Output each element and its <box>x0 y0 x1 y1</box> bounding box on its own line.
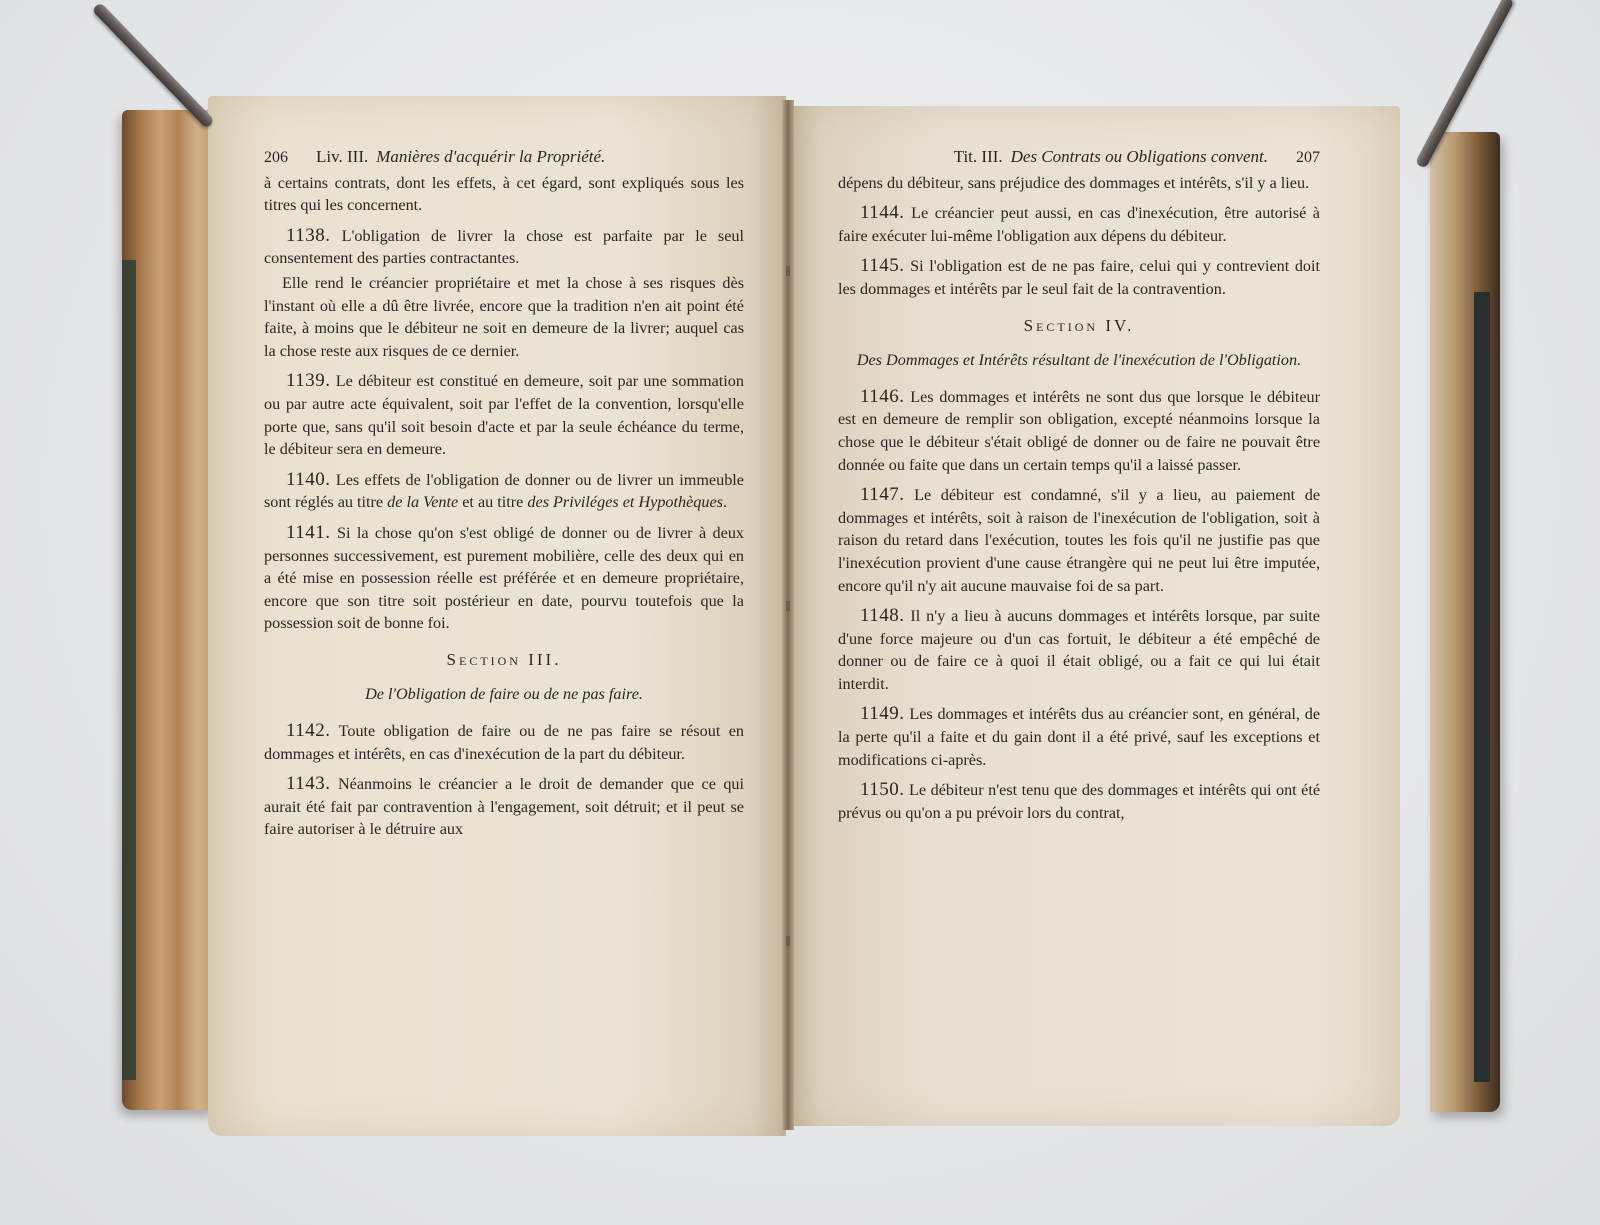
open-book: 206 Liv. III. Manières d'acquérir la Pro… <box>122 96 1500 1136</box>
left-cover-edge <box>122 110 216 1110</box>
article-1149: 1149. Les dommages et intérêts dus au cr… <box>838 703 1320 771</box>
article-1150: 1150. Le débiteur n'est tenu que des dom… <box>838 779 1320 824</box>
running-head-right: Tit. III. Des Contrats ou Obligations co… <box>838 146 1320 170</box>
binding-stitch <box>786 266 790 276</box>
section-subtitle: Des Dommages et Intérêts résultant de l'… <box>848 349 1310 372</box>
section-heading: Section IV. <box>838 315 1320 338</box>
binding-stitch <box>786 601 790 611</box>
article-1143: 1143. Néanmoins le créancier a le droit … <box>264 773 744 841</box>
right-cover-edge <box>1430 132 1500 1112</box>
book-gutter <box>782 100 794 1130</box>
article-1140: 1140. Les effets de l'obligation de donn… <box>264 469 744 514</box>
article-1138-paragraph-2: Elle rend le créancier propriétaire et m… <box>264 272 744 362</box>
article-1145: 1145. Si l'obligation est de ne pas fair… <box>838 255 1320 300</box>
page-number: 207 <box>1296 147 1320 170</box>
binding-stitch <box>786 936 790 946</box>
continuation-text: à certains contrats, dont les effets, à … <box>264 172 744 217</box>
article-1139: 1139. Le débiteur est constitué en demeu… <box>264 370 744 460</box>
article-1142: 1142. Toute obligation de faire ou de ne… <box>264 720 744 765</box>
article-1146: 1146. Les dommages et intérêts ne sont d… <box>838 386 1320 476</box>
article-1138: 1138. L'obligation de livrer la chose es… <box>264 225 744 270</box>
continuation-text: dépens du débiteur, sans préjudice des d… <box>838 172 1320 195</box>
title-label: Tit. III. <box>954 146 1003 169</box>
section-subtitle: De l'Obligation de faire ou de ne pas fa… <box>274 683 734 706</box>
article-1141: 1141. Si la chose qu'on s'est obligé de … <box>264 522 744 635</box>
left-page: 206 Liv. III. Manières d'acquérir la Pro… <box>208 96 786 1136</box>
right-page: Tit. III. Des Contrats ou Obligations co… <box>790 106 1400 1126</box>
running-title: Manières d'acquérir la Propriété. <box>376 146 605 169</box>
article-1144: 1144. Le créancier peut aussi, en cas d'… <box>838 202 1320 247</box>
section-heading: Section III. <box>264 649 744 672</box>
article-1148: 1148. Il n'y a lieu à aucuns dommages et… <box>838 605 1320 695</box>
running-head-left: 206 Liv. III. Manières d'acquérir la Pro… <box>264 146 744 170</box>
book-label: Liv. III. <box>316 146 368 169</box>
running-title: Des Contrats ou Obligations convent. <box>1011 146 1268 169</box>
page-number: 206 <box>264 147 288 170</box>
article-1147: 1147. Le débiteur est condamné, s'il y a… <box>838 484 1320 597</box>
